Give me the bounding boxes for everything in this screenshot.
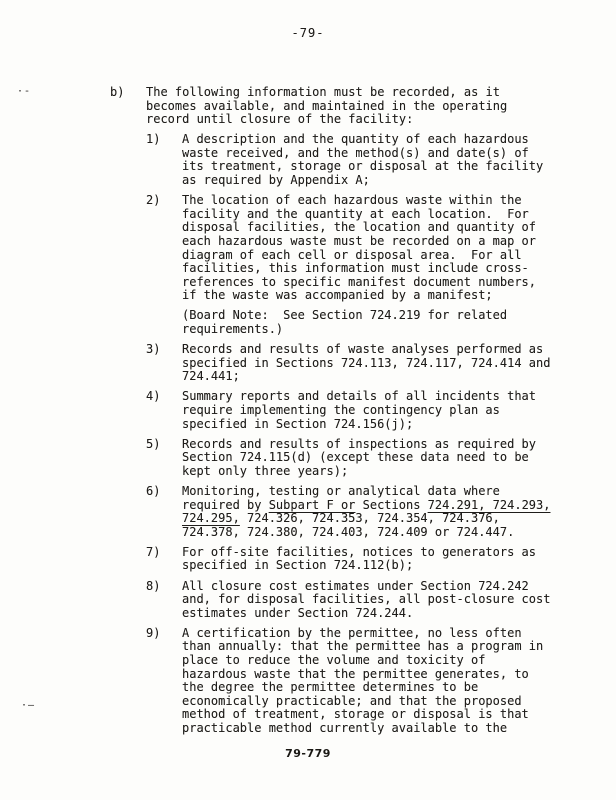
item-number: 2) [146, 194, 182, 303]
item-text: Records and results of waste analyses pe… [182, 343, 580, 384]
text-line: diagram of each cell or disposal area. F… [182, 249, 580, 263]
list-item-3: 3) Records and results of waste analyses… [146, 343, 580, 384]
text-line: hazardous waste that the permittee gener… [182, 668, 580, 682]
text-segment: required by [182, 498, 269, 512]
text-line: The location of each hazardous waste wit… [182, 194, 580, 208]
text-line: 724.378, 724.380, 724.403, 724.409 or 72… [182, 526, 580, 540]
text-line: facility and the quantity at each locati… [182, 208, 580, 222]
text-line: Monitoring, testing or analytical data w… [182, 485, 580, 499]
section-intro: The following information must be record… [146, 86, 580, 127]
item-text: Records and results of inspections as re… [182, 438, 580, 479]
margin-mark-bottom: ·— [21, 699, 35, 713]
text-segment: 724.326, 724.353, 724.354, 724.376, [240, 511, 500, 525]
margin-mark-top: ·- [17, 85, 31, 99]
text-segment: 724.378, 724.380, 724.403, 724.409 or 72… [182, 525, 514, 539]
item-number: 4) [146, 390, 182, 431]
text-line: each hazardous waste must be recorded on… [182, 235, 580, 249]
text-line: as required by Appendix A; [182, 174, 580, 188]
text-line: method of treatment, storage or disposal… [182, 708, 580, 722]
list-item-2: 2) The location of each hazardous waste … [146, 194, 580, 303]
item-text: The location of each hazardous waste wit… [182, 194, 580, 303]
text-line: requirements.) [182, 323, 580, 337]
item-text: A description and the quantity of each h… [182, 133, 580, 187]
list-item-5: 5) Records and results of inspections as… [146, 438, 580, 479]
text-line: The following information must be record… [146, 86, 580, 100]
text-line: waste received, and the method(s) and da… [182, 147, 580, 161]
text-line: kept only three years); [182, 465, 580, 479]
text-line: its treatment, storage or disposal at th… [182, 160, 580, 174]
document-page: -79- ·- b) The following information mus… [0, 0, 616, 800]
item-text: Summary reports and details of all incid… [182, 390, 580, 431]
text-line: specified in Section 724.112(b); [182, 559, 580, 573]
ordered-list: 1) A description and the quantity of eac… [146, 133, 580, 735]
item-text: All closure cost estimates under Section… [182, 580, 580, 621]
text-line: the degree the permittee determines to b… [182, 681, 580, 695]
text-segment: Sections [355, 498, 427, 512]
text-line: facilities, this information must includ… [182, 262, 580, 276]
text-line: becomes available, and maintained in the… [146, 100, 580, 114]
item-number: 6) [146, 485, 182, 539]
board-note-text: (Board Note: See Section 724.219 for rel… [182, 309, 580, 336]
section-label: b) [110, 86, 146, 127]
section-heading-row: b) The following information must be rec… [110, 86, 580, 127]
page-number: -79- [0, 27, 616, 41]
text-line: All closure cost estimates under Section… [182, 580, 580, 594]
text-line: 724.441; [182, 370, 580, 384]
text-line: require implementing the contingency pla… [182, 404, 580, 418]
item-text: A certification by the permittee, no les… [182, 627, 580, 736]
section-b: b) The following information must be rec… [110, 86, 580, 742]
text-line: than annually: that the permittee has a … [182, 640, 580, 654]
underlined-text: 724.291, 724.293, [428, 498, 551, 512]
text-line: 724.295, 724.326, 724.353, 724.354, 724.… [182, 512, 580, 526]
list-item-9: 9) A certification by the permittee, no … [146, 627, 580, 736]
text-line: practicable method currently available t… [182, 722, 580, 736]
text-line: (Board Note: See Section 724.219 for rel… [182, 309, 580, 323]
text-line: Records and results of waste analyses pe… [182, 343, 580, 357]
item-number: 5) [146, 438, 182, 479]
underlined-text: 724.295, [182, 511, 240, 525]
text-line: references to specific manifest document… [182, 276, 580, 290]
text-line: and, for disposal facilities, all post-c… [182, 593, 580, 607]
list-item-1: 1) A description and the quantity of eac… [146, 133, 580, 187]
item-number: 7) [146, 546, 182, 573]
item-number: 8) [146, 580, 182, 621]
item-number-empty [146, 309, 182, 336]
text-line: economically practicable; and that the p… [182, 695, 580, 709]
board-note: (Board Note: See Section 724.219 for rel… [146, 309, 580, 336]
text-line: Section 724.115(d) (except these data ne… [182, 451, 580, 465]
item-number: 3) [146, 343, 182, 384]
item-text: Monitoring, testing or analytical data w… [182, 485, 580, 539]
text-line: For off-site facilities, notices to gene… [182, 546, 580, 560]
item-number: 1) [146, 133, 182, 187]
item-number: 9) [146, 627, 182, 736]
text-line: specified in Section 724.156(j); [182, 418, 580, 432]
list-item-6: 6) Monitoring, testing or analytical dat… [146, 485, 580, 539]
list-item-4: 4) Summary reports and details of all in… [146, 390, 580, 431]
text-line: A certification by the permittee, no les… [182, 627, 580, 641]
footer-page-number: 79-779 [0, 747, 616, 761]
text-segment: Monitoring, testing or analytical data w… [182, 484, 500, 498]
text-line: A description and the quantity of each h… [182, 133, 580, 147]
list-item-8: 8) All closure cost estimates under Sect… [146, 580, 580, 621]
item-text: For off-site facilities, notices to gene… [182, 546, 580, 573]
text-line: required by Subpart F or Sections 724.29… [182, 499, 580, 513]
list-item-7: 7) For off-site facilities, notices to g… [146, 546, 580, 573]
underlined-text: Subpart F or [269, 498, 356, 512]
text-line: Records and results of inspections as re… [182, 438, 580, 452]
text-line: record until closure of the facility: [146, 113, 580, 127]
text-line: if the waste was accompanied by a manife… [182, 289, 580, 303]
text-line: disposal facilities, the location and qu… [182, 221, 580, 235]
text-line: Summary reports and details of all incid… [182, 390, 580, 404]
text-line: estimates under Section 724.244. [182, 607, 580, 621]
text-line: specified in Sections 724.113, 724.117, … [182, 357, 580, 371]
text-line: place to reduce the volume and toxicity … [182, 654, 580, 668]
